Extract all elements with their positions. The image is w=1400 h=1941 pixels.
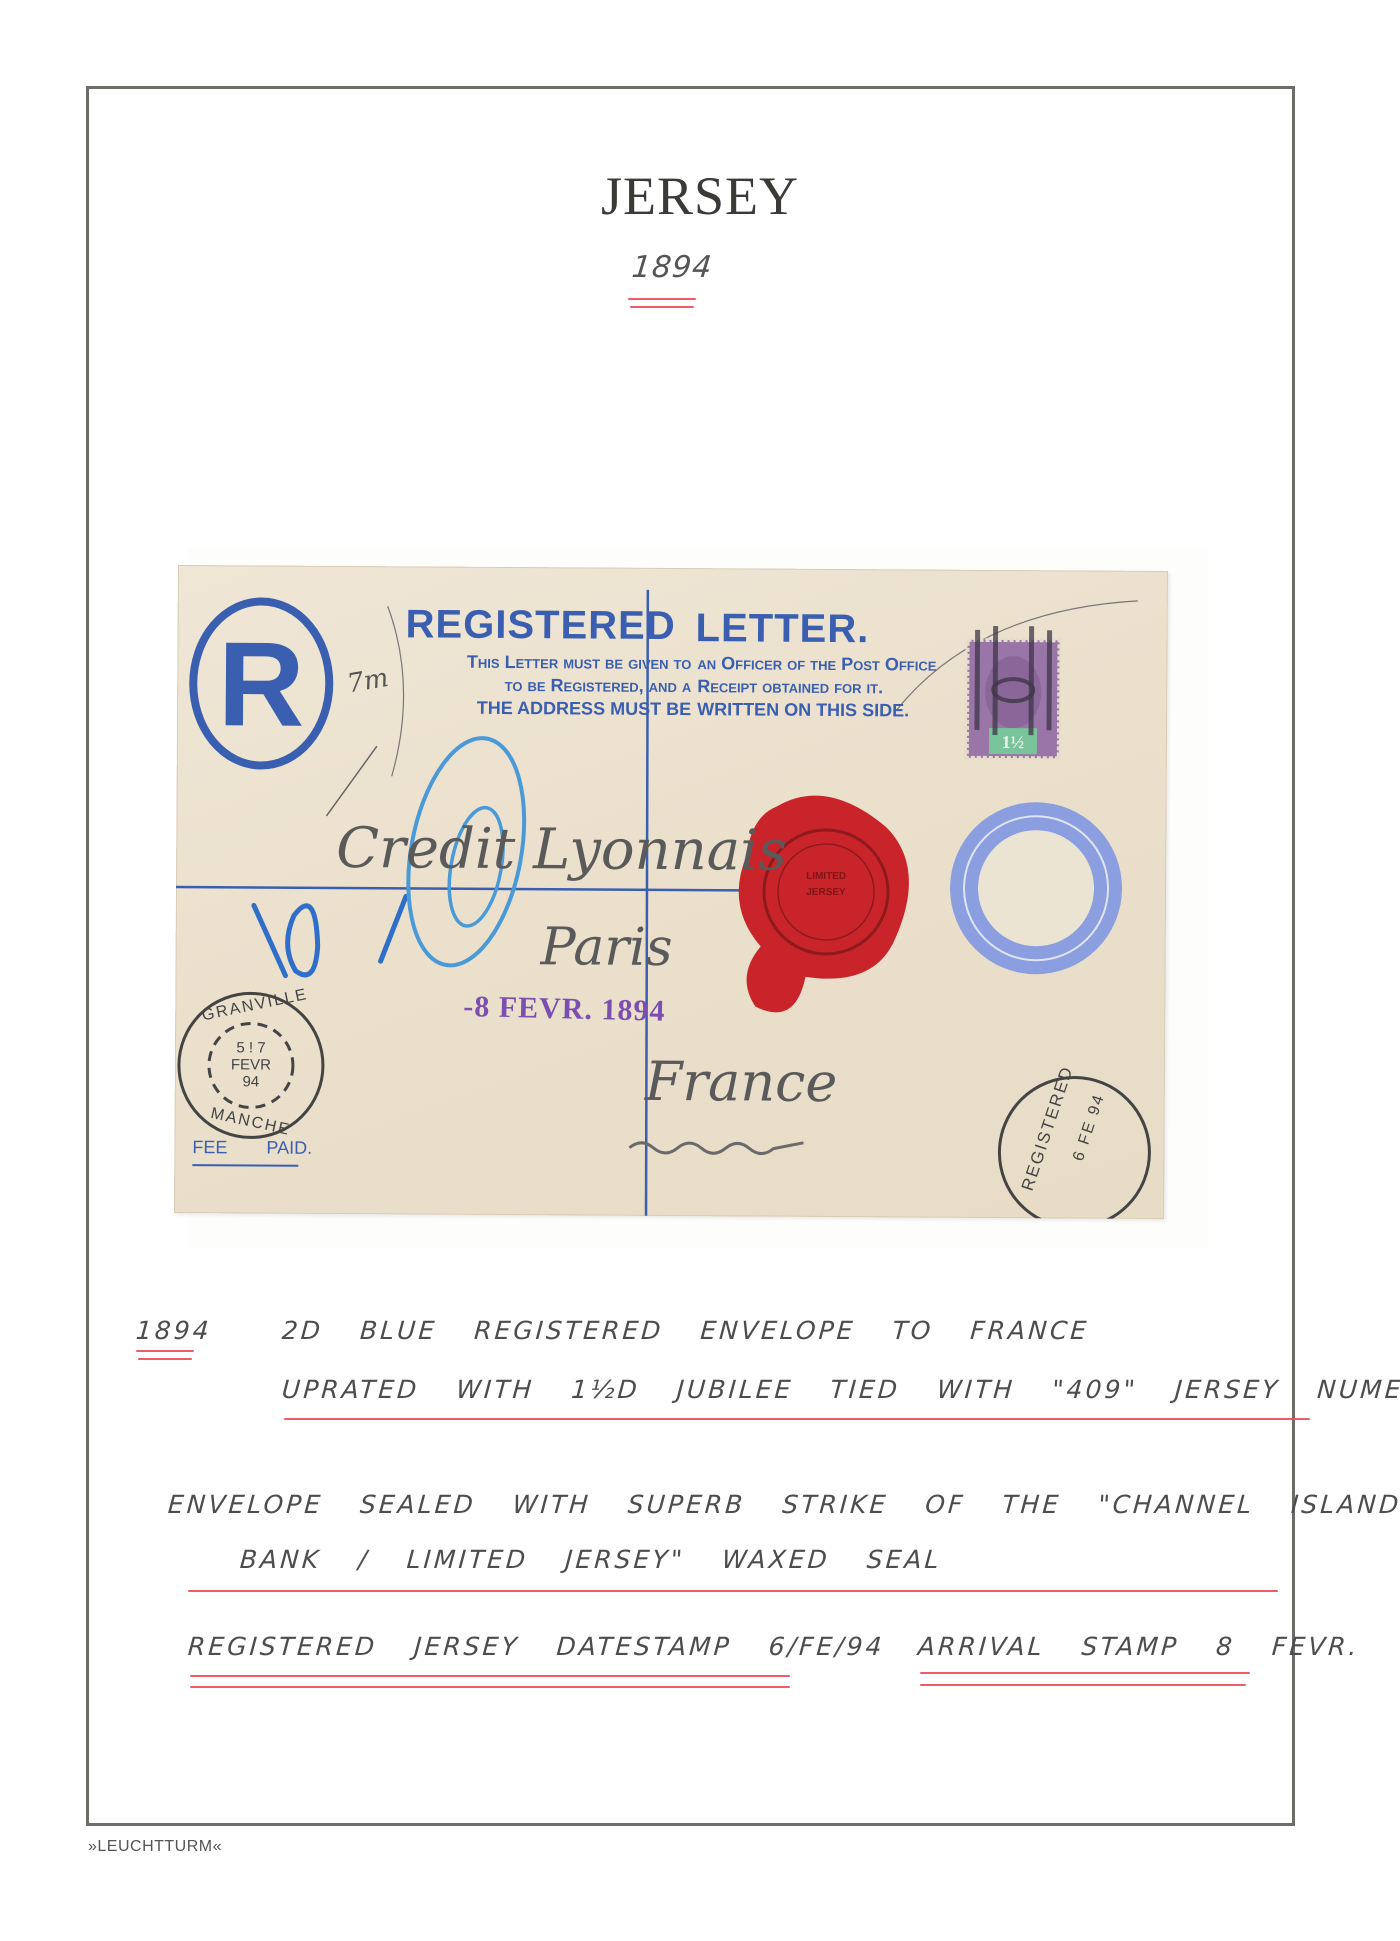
granville-date: 5 ! 7 FEVR 94 [213, 1039, 289, 1090]
year-underline [628, 298, 696, 300]
fee-label: FEE [192, 1137, 227, 1158]
note-line-5b-underline-2 [920, 1684, 1246, 1686]
note-line-4: BANK / LIMITED JERSEY" WAXED SEAL [239, 1545, 943, 1574]
wax-seal-text: LIMITED JERSEY [786, 869, 866, 901]
note-line-5a-underline-2 [190, 1686, 790, 1688]
svg-text:R: R [218, 617, 305, 752]
registered-envelope: R 1½ [174, 565, 1168, 1219]
paid-label: PAID. [266, 1138, 312, 1159]
instructions-left: This Letter must be given to to be Regis… [371, 650, 691, 721]
note-line-5a-underline [190, 1675, 790, 1677]
note-line-4-underline [188, 1590, 1278, 1592]
note-year-tag: 1894 [135, 1316, 213, 1345]
svg-text:1½: 1½ [1002, 732, 1025, 752]
instructions-right: an Officer of the Post Office Receipt ob… [697, 652, 1017, 723]
note-line-5b-underline [920, 1672, 1250, 1674]
note-line-3: ENVELOPE SEALED WITH SUPERB STRIKE OF TH… [167, 1490, 1400, 1519]
page-title: JERSEY [0, 165, 1400, 227]
registration-r-icon: R [193, 601, 330, 766]
letter-heading: LETTER. [695, 606, 869, 652]
address-line-1: Credit Lyonnais [336, 816, 787, 884]
footer-brand: »LEUCHTTURM« [88, 1838, 222, 1856]
note-line-5b: ARRIVAL STAMP 8 FEVR. [917, 1632, 1361, 1661]
address-line-3: France [645, 1050, 838, 1114]
note-line-1: 2D BLUE REGISTERED ENVELOPE TO FRANCE [281, 1316, 1090, 1345]
registered-heading: REGISTERED [405, 602, 675, 649]
address-line-2: Paris [540, 917, 672, 978]
page-year: 1894 [630, 250, 714, 285]
arrival-handstamp: -8 FEVR. 1894 [463, 990, 666, 1029]
year-underline-2 [630, 306, 694, 308]
registration-indicium [950, 802, 1123, 975]
note-line-2: UPRATED WITH 1½D JUBILEE TIED WITH "409"… [281, 1375, 1400, 1404]
note-line-2-underline [284, 1418, 1310, 1420]
note-year-underline [136, 1350, 194, 1352]
note-line-5a: REGISTERED JERSEY DATESTAMP 6/FE/94 [187, 1632, 886, 1661]
note-year-underline-2 [138, 1358, 192, 1360]
